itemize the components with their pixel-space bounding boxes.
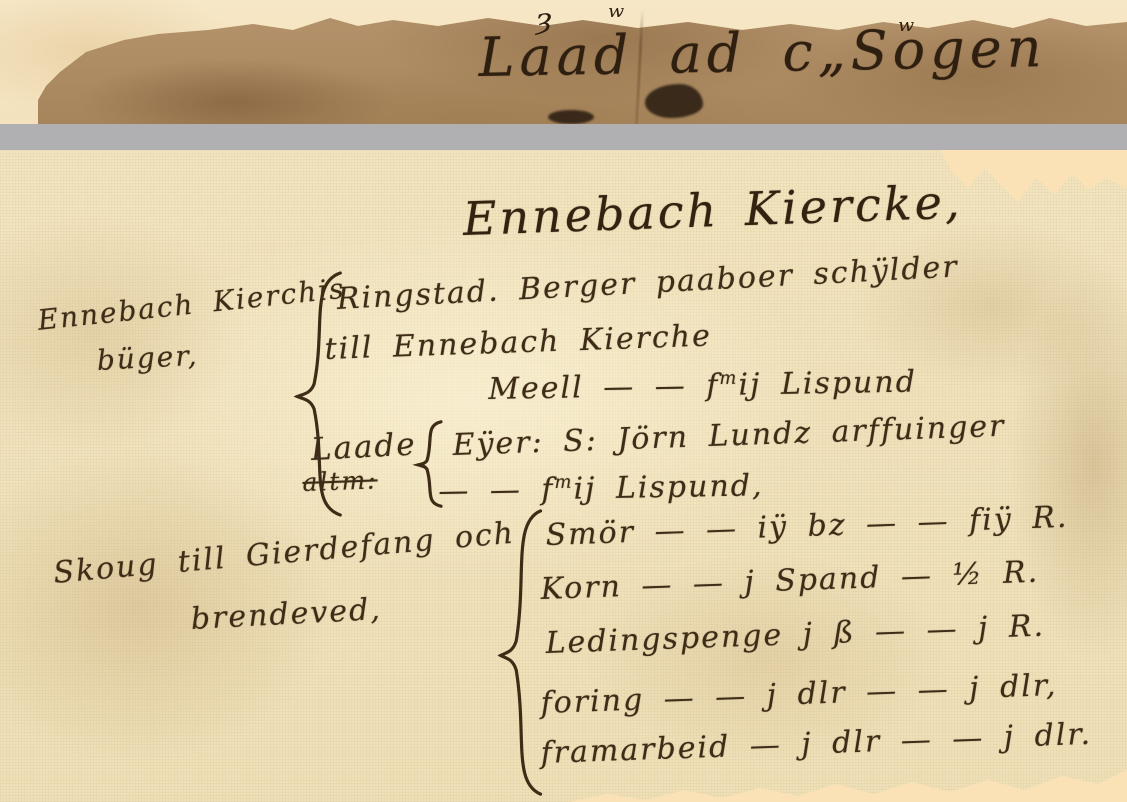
amount-text: ij Lispund,: [573, 468, 764, 506]
amount-text: ij Lispund: [738, 365, 917, 403]
section1-label-line2: büger,: [96, 339, 199, 377]
amount-text: Meell — — f: [488, 368, 720, 407]
entry1-amount: Meell — — fmij Lispund: [488, 365, 917, 407]
ink-blot: [548, 110, 594, 124]
curly-brace: [492, 505, 544, 800]
amount-text: — — f: [438, 472, 555, 509]
divider-bar: [0, 124, 1127, 150]
ink-blot: [645, 84, 703, 118]
amount-superscript: m: [719, 368, 738, 389]
header-strip: ȝ ʷ ʷ Laad ad c„Sogen: [0, 0, 1127, 124]
header-title: Laad ad c„Sogen: [478, 16, 1047, 89]
entry2-struck-note: altm:: [302, 465, 378, 497]
amount-superscript: m: [554, 472, 573, 493]
manuscript-scan: ȝ ʷ ʷ Laad ad c„Sogen Ennebach Kiercke, …: [0, 0, 1127, 802]
entry2-amount: — — fmij Lispund,: [438, 468, 764, 509]
entry2-label: Laade: [310, 426, 417, 467]
